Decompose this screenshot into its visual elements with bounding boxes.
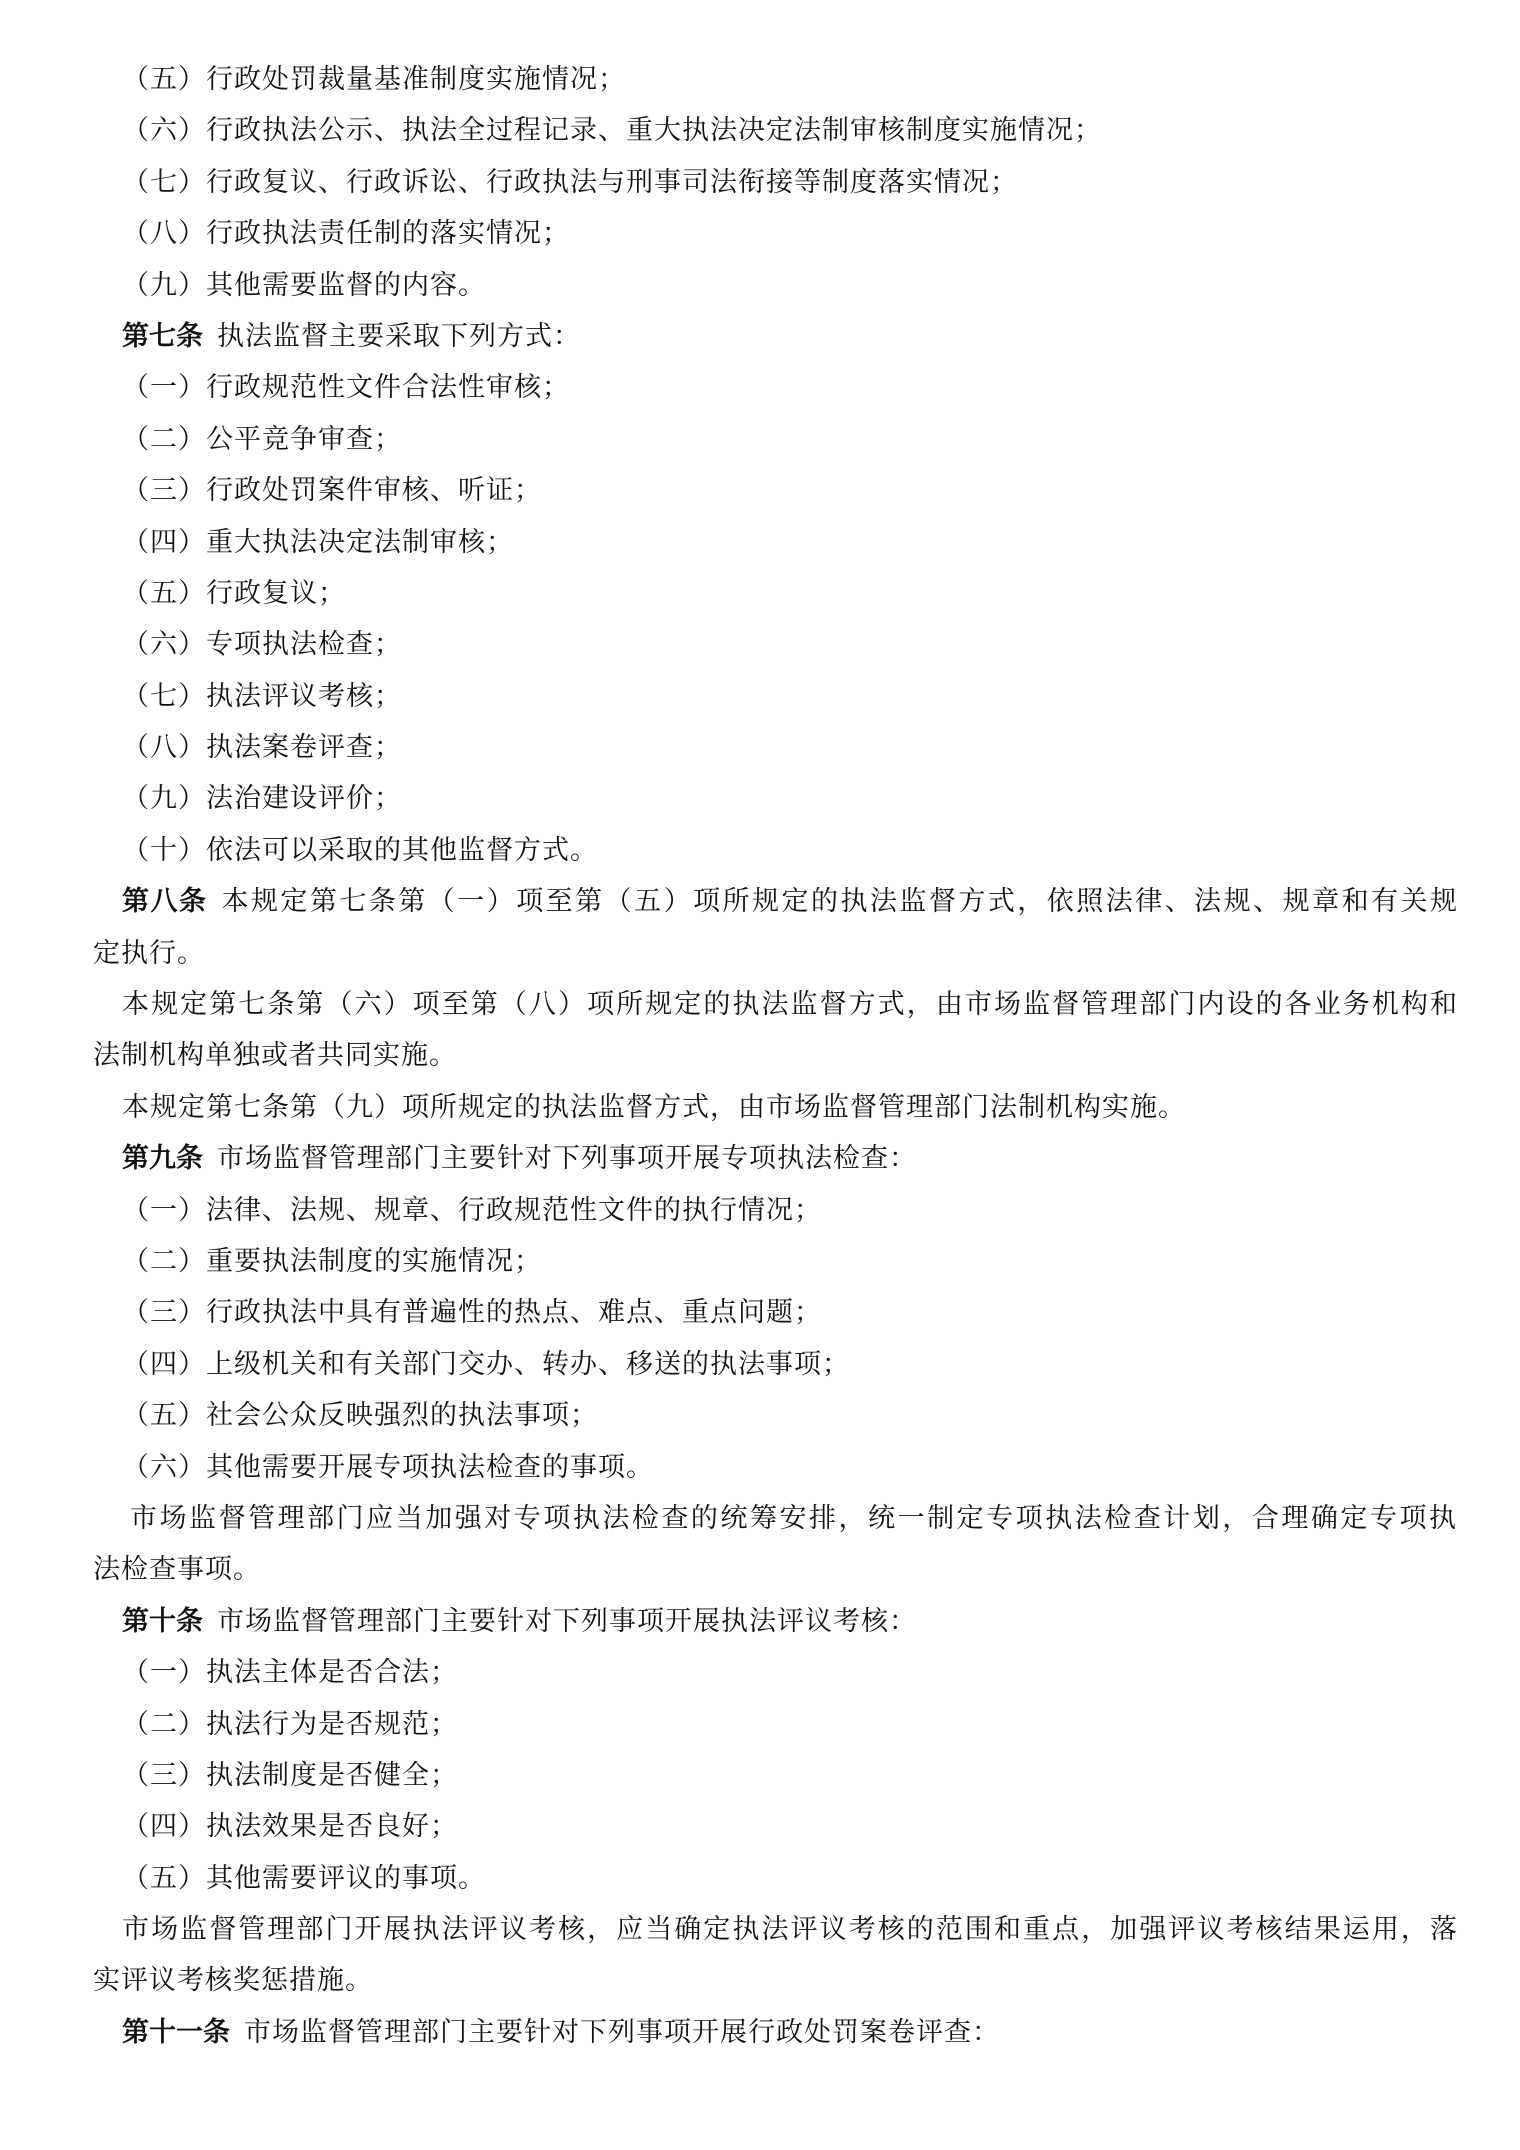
article-paragraph: 第十条市场监督管理部门主要针对下列事项开展执法评议考核：: [93, 1596, 1463, 1647]
list-item: （八）执法案卷评查；: [93, 722, 1463, 773]
list-item: （四）重大执法决定法制审核；: [93, 517, 1463, 568]
list-item: （五）行政复议；: [93, 568, 1463, 619]
article-text: 市场监督管理部门主要针对下列事项开展专项执法检查：: [217, 1143, 917, 1174]
article-text: 市场监督管理部门主要针对下列事项开展执法评议考核：: [217, 1606, 917, 1637]
list-item: （二）执法行为是否规范；: [93, 1699, 1463, 1750]
article-paragraph: 第七条执法监督主要采取下列方式：: [93, 311, 1463, 362]
list-item: （一）法律、法规、规章、行政规范性文件的执行情况；: [93, 1185, 1463, 1236]
list-item: （三）行政处罚案件审核、听证；: [93, 465, 1463, 516]
list-item: （二）重要执法制度的实施情况；: [93, 1236, 1463, 1287]
list-item: （十）依法可以采取的其他监督方式。: [93, 825, 1463, 876]
list-item: （五）社会公众反映强烈的执法事项；: [93, 1390, 1463, 1441]
article-paragraph: 第十一条市场监督管理部门主要针对下列事项开展行政处罚案卷评查：: [93, 2007, 1463, 2058]
article-text: 执法监督主要采取下列方式：: [217, 321, 581, 352]
paragraph-continuation: 实评议考核奖惩措施。: [93, 1955, 1463, 2006]
list-item: （九）其他需要监督的内容。: [93, 260, 1463, 311]
article-text: 本规定第七条第（一）项至第（五）项所规定的执法监督方式，依照法律、法规、规章和有…: [221, 886, 1458, 917]
paragraph: 市场监督管理部门开展执法评议考核，应当确定执法评议考核的范围和重点，加强评议考核…: [93, 1904, 1458, 1955]
list-item: （三）行政执法中具有普遍性的热点、难点、重点问题；: [93, 1287, 1463, 1338]
list-item: （五）其他需要评议的事项。: [93, 1853, 1463, 1904]
article-number: 第八条: [122, 886, 207, 917]
article-number: 第七条: [122, 321, 203, 352]
list-item: （八）行政执法责任制的落实情况；: [93, 208, 1463, 259]
article-number: 第九条: [122, 1143, 203, 1174]
list-item: （七）执法评议考核；: [93, 671, 1463, 722]
article-text: 市场监督管理部门主要针对下列事项开展行政处罚案卷评查：: [244, 2017, 1000, 2048]
paragraph-continuation: 定执行。: [93, 928, 1463, 979]
paragraph: 本规定第七条第（九）项所规定的执法监督方式，由市场监督管理部门法制机构实施。: [93, 1082, 1463, 1133]
list-item: （一）执法主体是否合法；: [93, 1647, 1463, 1698]
list-item: （六）其他需要开展专项执法检查的事项。: [93, 1442, 1463, 1493]
list-item: （九）法治建设评价；: [93, 773, 1463, 824]
list-item: （三）执法制度是否健全；: [93, 1750, 1463, 1801]
document-page: （五）行政处罚裁量基准制度实施情况；（六）行政执法公示、执法全过程记录、重大执法…: [93, 54, 1463, 2058]
list-item: （四）上级机关和有关部门交办、转办、移送的执法事项；: [93, 1339, 1463, 1390]
list-item: （六）专项执法检查；: [93, 619, 1463, 670]
list-item: （七）行政复议、行政诉讼、行政执法与刑事司法衔接等制度落实情况；: [93, 157, 1463, 208]
list-item: （一）行政规范性文件合法性审核；: [93, 362, 1463, 413]
list-item: （二）公平竞争审查；: [93, 414, 1463, 465]
paragraph: 市场监督管理部门应当加强对专项执法检查的统筹安排，统一制定专项执法检查计划，合理…: [93, 1493, 1457, 1544]
list-item: （六）行政执法公示、执法全过程记录、重大执法决定法制审核制度实施情况；: [93, 105, 1463, 156]
article-number: 第十一条: [122, 2017, 230, 2048]
article-paragraph: 第九条市场监督管理部门主要针对下列事项开展专项执法检查：: [93, 1133, 1463, 1184]
paragraph-continuation: 法制机构单独或者共同实施。: [93, 1030, 1463, 1081]
article-number: 第十条: [122, 1606, 203, 1637]
article-paragraph: 第八条本规定第七条第（一）项至第（五）项所规定的执法监督方式，依照法律、法规、规…: [93, 876, 1458, 927]
list-item: （五）行政处罚裁量基准制度实施情况；: [93, 54, 1463, 105]
list-item: （四）执法效果是否良好；: [93, 1801, 1463, 1852]
paragraph-continuation: 法检查事项。: [93, 1544, 1463, 1595]
paragraph: 本规定第七条第（六）项至第（八）项所规定的执法监督方式，由市场监督管理部门内设的…: [93, 979, 1458, 1030]
